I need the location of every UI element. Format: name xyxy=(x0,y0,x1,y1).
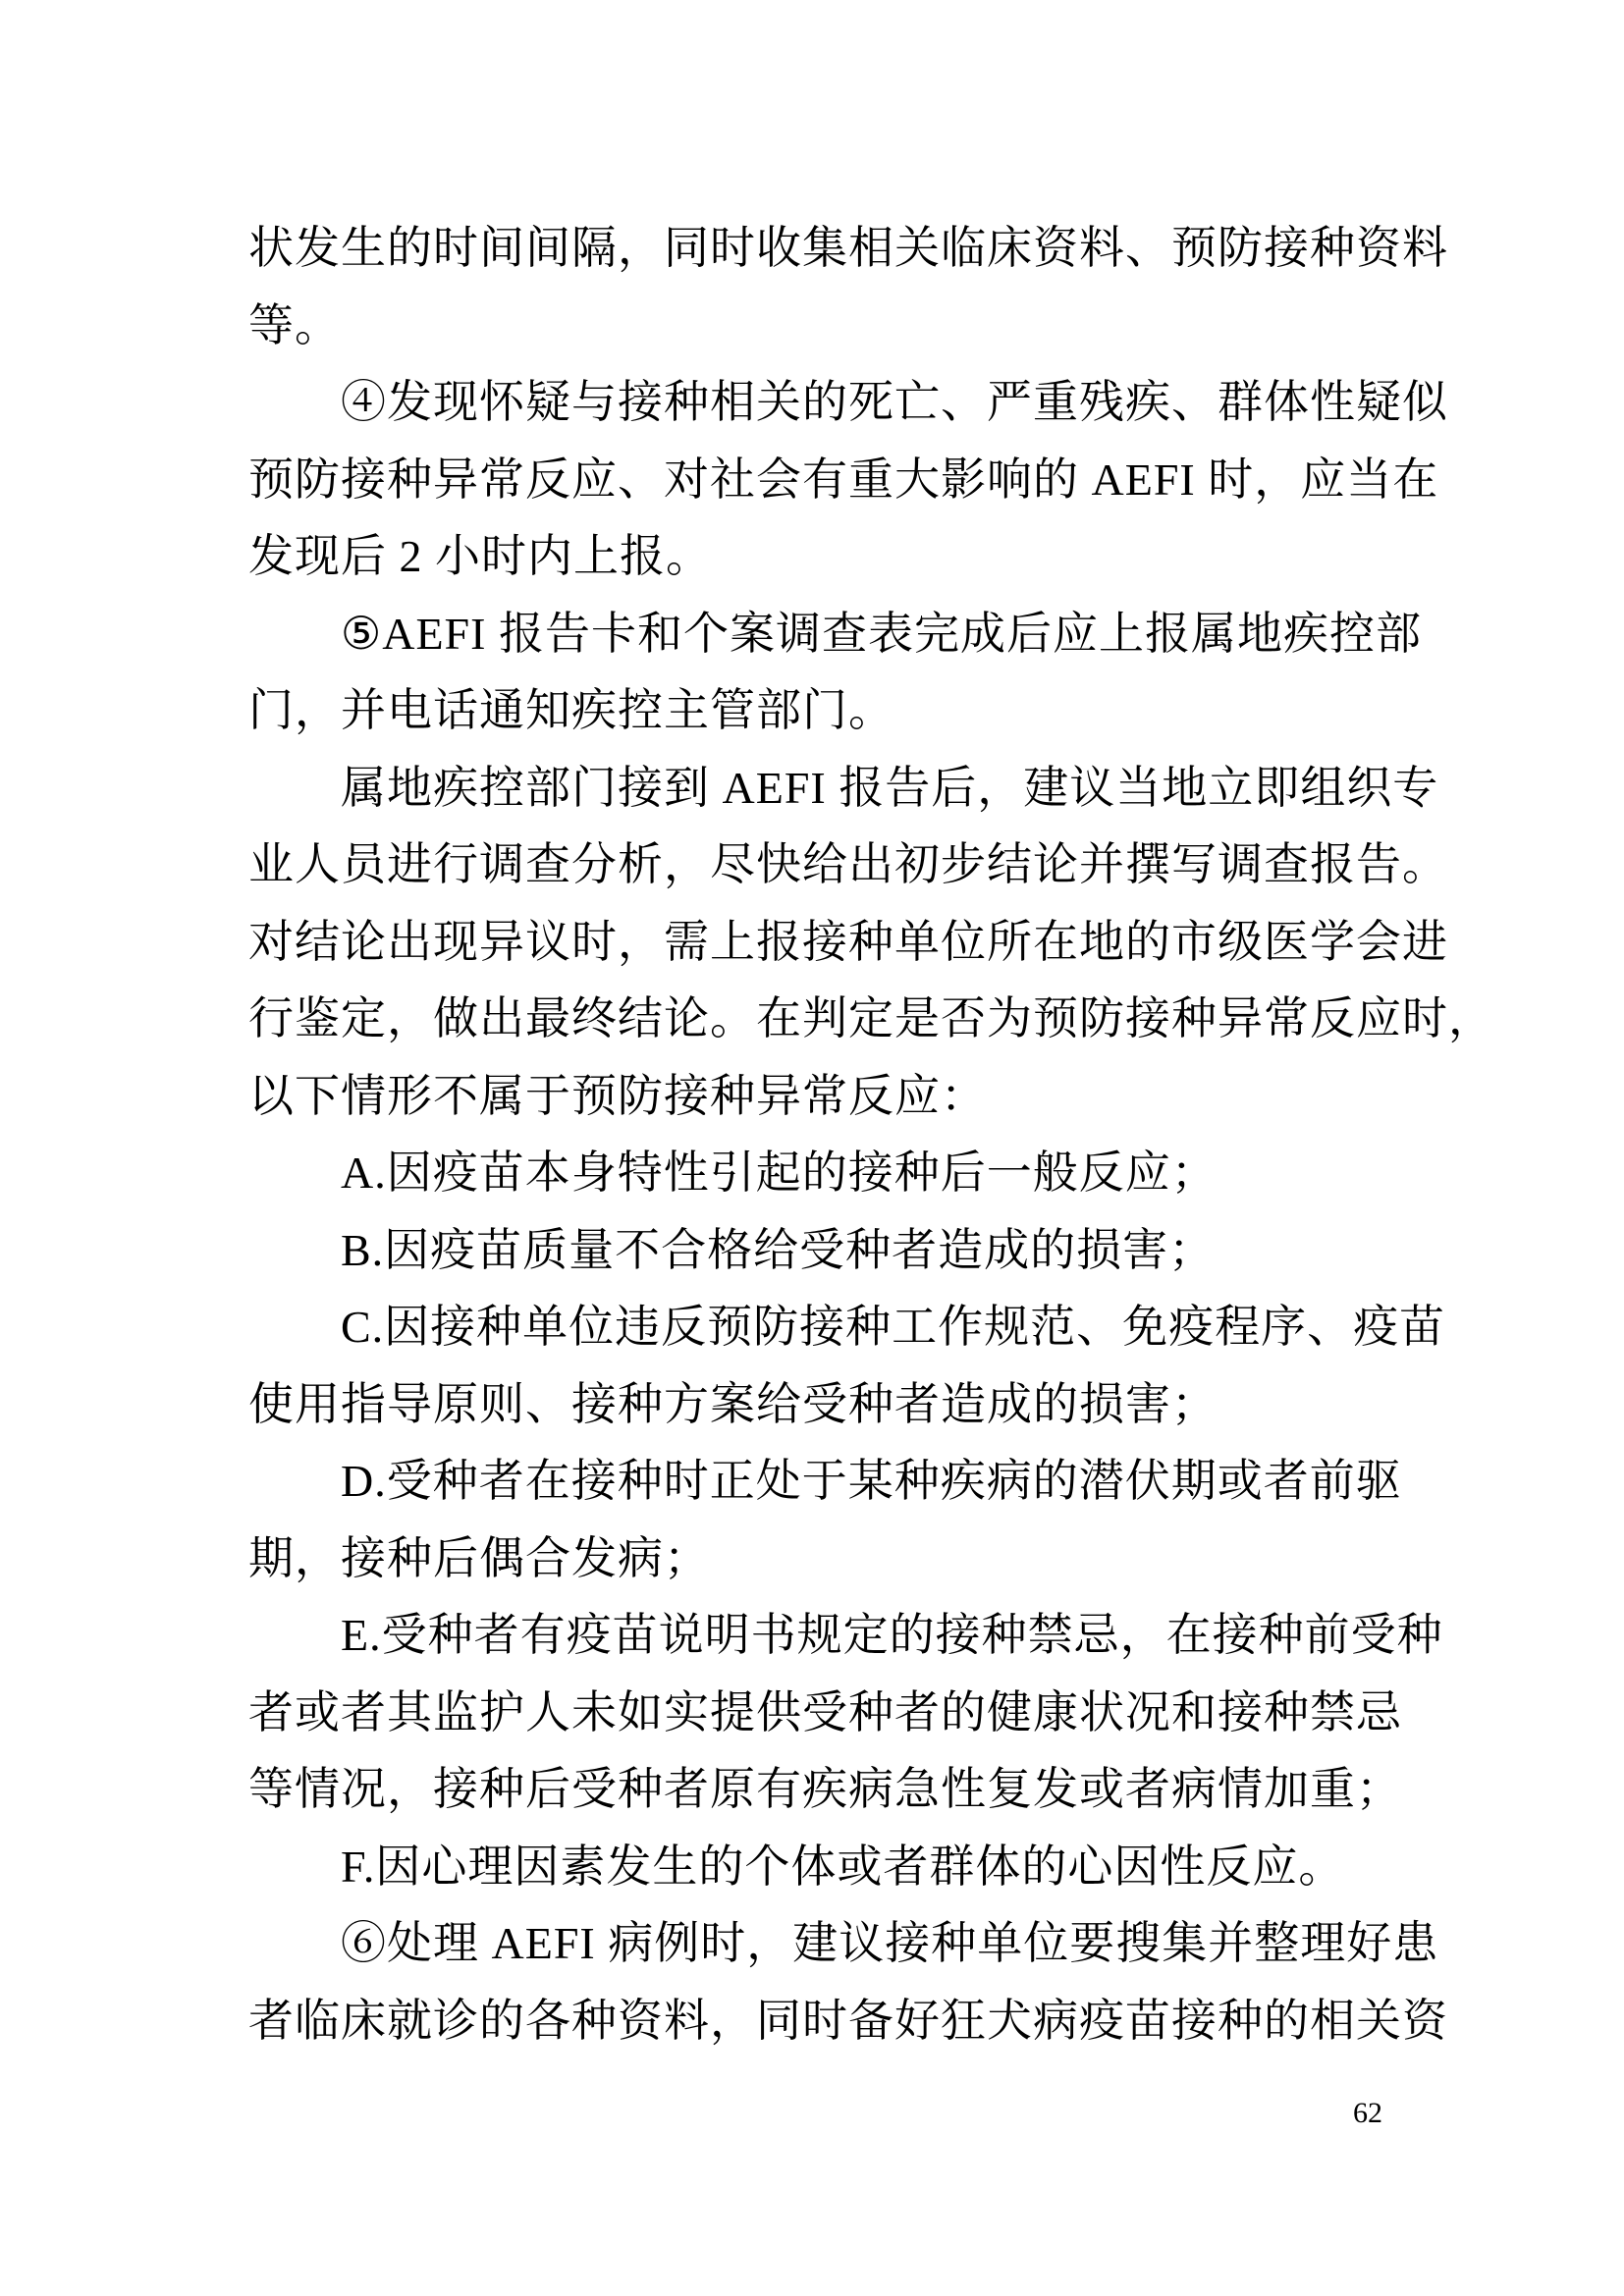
text-line: ⑤AEFI 报告卡和个案调查表完成后应上报属地疾控部 xyxy=(248,596,1392,673)
text-line: A.因疫苗本身特性引起的接种后一般反应； xyxy=(248,1135,1392,1212)
text-line: B.因疫苗质量不合格给受种者造成的损害； xyxy=(248,1212,1392,1290)
text-line: 门，并电话通知疾控主管部门。 xyxy=(248,672,1392,750)
text-line: ④发现怀疑与接种相关的死亡、严重残疾、群体性疑似 xyxy=(248,364,1392,442)
page-number: 62 xyxy=(1353,2097,1382,2130)
text-line: 发现后 2 小时内上报。 xyxy=(248,518,1392,596)
text-line: 者临床就诊的各种资料，同时备好狂犬病疫苗接种的相关资 xyxy=(248,1983,1392,2060)
text-line: 行鉴定，做出最终结论。在判定是否为预防接种异常反应时， xyxy=(248,981,1392,1058)
text-line: 业人员进行调查分析，尽快给出初步结论并撰写调查报告。 xyxy=(248,827,1392,904)
text-line: 预防接种异常反应、对社会有重大影响的 AEFI 时，应当在 xyxy=(248,442,1392,519)
text-line: ⑥处理 AEFI 病例时，建议接种单位要搜集并整理好患 xyxy=(248,1905,1392,1983)
text-line: 等。 xyxy=(248,288,1392,365)
text-line: D.受种者在接种时正处于某种疾病的潜伏期或者前驱 xyxy=(248,1443,1392,1521)
text-line: 状发生的时间间隔，同时收集相关临床资料、预防接种资料 xyxy=(248,210,1392,288)
text-line: 属地疾控部门接到 AEFI 报告后，建议当地立即组织专 xyxy=(248,750,1392,828)
text-line: C.因接种单位违反预防接种工作规范、免疫程序、疫苗 xyxy=(248,1289,1392,1366)
text-block: 状发生的时间间隔，同时收集相关临床资料、预防接种资料 等。 ④发现怀疑与接种相关… xyxy=(248,210,1392,2059)
text-line: 使用指导原则、接种方案给受种者造成的损害； xyxy=(248,1366,1392,1444)
text-line: 者或者其监护人未如实提供受种者的健康状况和接种禁忌 xyxy=(248,1675,1392,1752)
text-line: E.受种者有疫苗说明书规定的接种禁忌，在接种前受种 xyxy=(248,1597,1392,1675)
text-line: 对结论出现异议时，需上报接种单位所在地的市级医学会进 xyxy=(248,904,1392,982)
text-line: 等情况，接种后受种者原有疾病急性复发或者病情加重； xyxy=(248,1751,1392,1829)
document-page: 状发生的时间间隔，同时收集相关临床资料、预防接种资料 等。 ④发现怀疑与接种相关… xyxy=(0,0,1624,2296)
text-line: 期，接种后偶合发病； xyxy=(248,1521,1392,1598)
text-line: 以下情形不属于预防接种异常反应： xyxy=(248,1058,1392,1136)
text-line: F.因心理因素发生的个体或者群体的心因性反应。 xyxy=(248,1829,1392,1906)
